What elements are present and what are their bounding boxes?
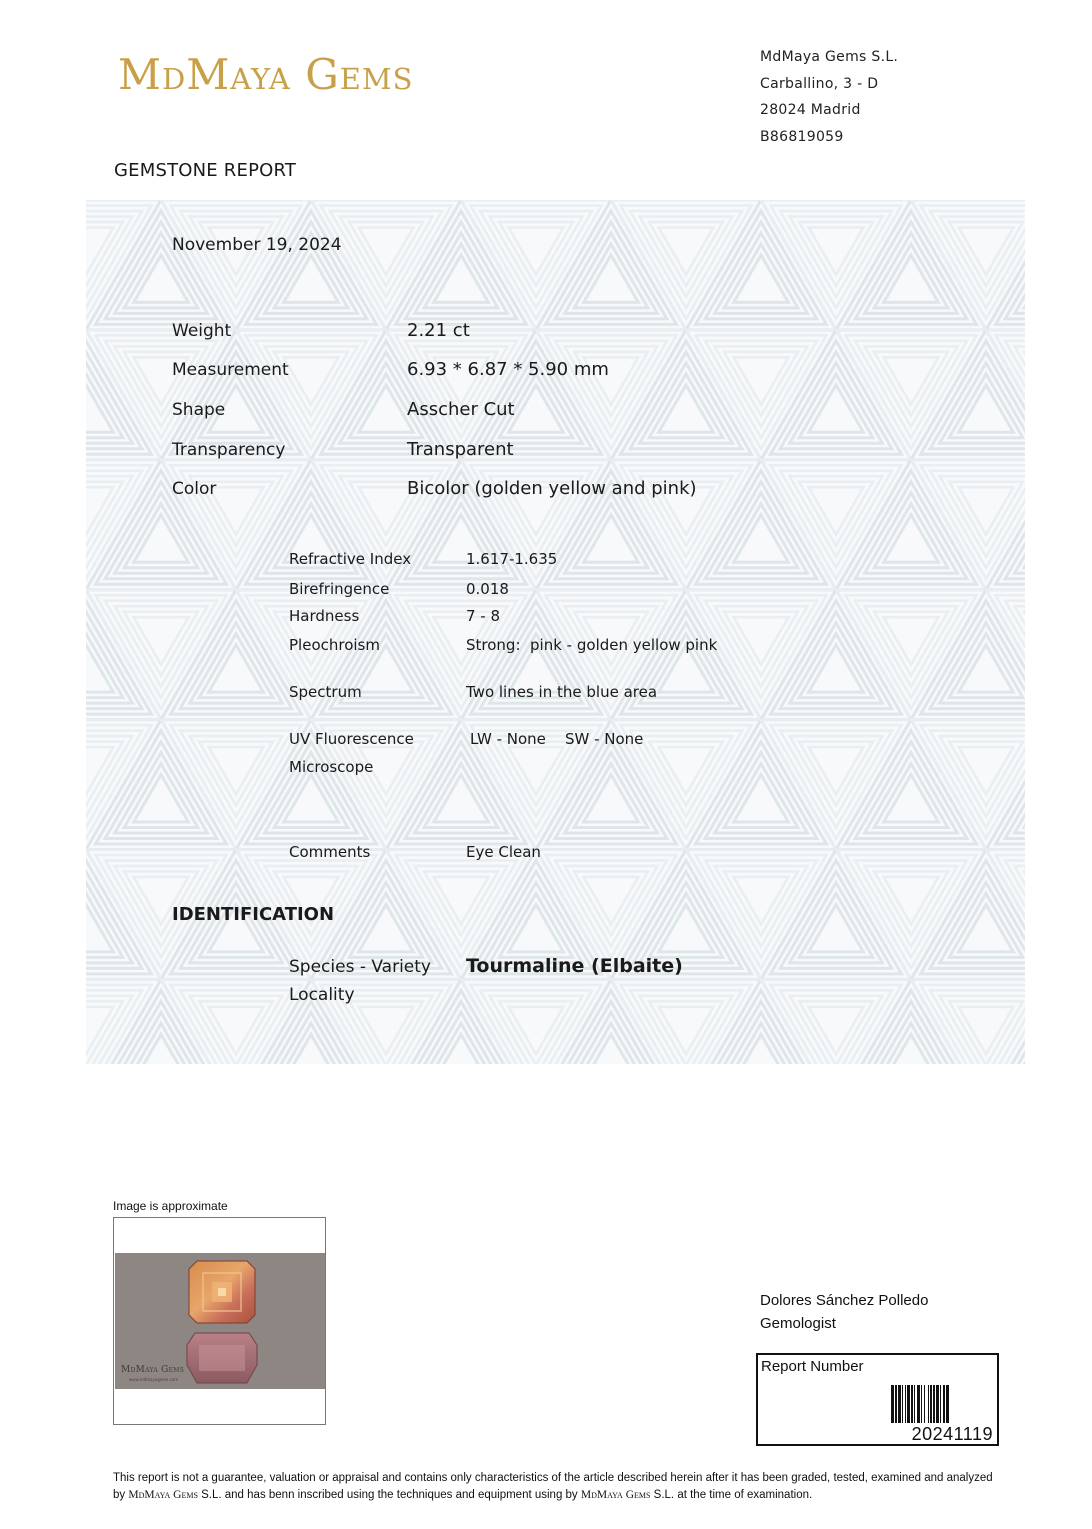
gem-property-value: 1.617-1.635 — [466, 550, 557, 568]
species-variety-value: Tourmaline (Elbaite) — [466, 955, 683, 977]
locality-label: Locality — [289, 985, 355, 1005]
disclaimer-part: S.L. and has benn inscribed using the te… — [198, 1489, 581, 1501]
property-label: Shape — [172, 400, 225, 420]
property-label: Color — [172, 479, 216, 499]
gem-photo-frame: MdMaya Gems www.mdmayagems.com — [113, 1217, 326, 1425]
report-number-value: 20241119 — [912, 1424, 993, 1445]
gem-property-value: Eye Clean — [466, 843, 541, 861]
identification-heading: IDENTIFICATION — [172, 904, 334, 925]
gem-property-label: UV Fluorescence — [289, 730, 414, 748]
disclaimer-company-name: MdMaya Gems — [581, 1489, 651, 1501]
report-number-box: Report Number 20241119 — [756, 1353, 999, 1446]
gem-property-value: 7 - 8 — [466, 607, 500, 625]
gem-property-label: Birefringence — [289, 580, 389, 598]
photo-watermark-url: www.mdmayagems.com — [129, 1377, 178, 1382]
property-label: Measurement — [172, 360, 289, 380]
property-value: 6.93 * 6.87 * 5.90 mm — [407, 359, 609, 380]
gemologist-name: Dolores Sánchez Polledo — [760, 1289, 928, 1312]
gem-property-label: Hardness — [289, 607, 359, 625]
disclaimer-part: S.L. at the time of examination. — [650, 1489, 812, 1501]
photo-watermark: MdMaya Gems — [121, 1365, 184, 1375]
property-value: 2.21 ct — [407, 320, 470, 341]
gem-property-label: Comments — [289, 843, 370, 861]
gem-property-value: Strong: pink - golden yellow pink — [466, 636, 717, 654]
image-caption: Image is approximate — [113, 1199, 228, 1213]
species-variety-label: Species - Variety — [289, 957, 431, 977]
property-label: Transparency — [172, 440, 285, 460]
disclaimer-company-name: MdMaya Gems — [128, 1489, 198, 1501]
report-number-label: Report Number — [761, 1358, 864, 1375]
property-value: Bicolor (golden yellow and pink) — [407, 478, 697, 499]
gem-property-label: Refractive Index — [289, 550, 411, 568]
report-date: November 19, 2024 — [172, 235, 342, 255]
gemologist-signature: Dolores Sánchez Polledo Gemologist — [760, 1289, 928, 1335]
gemologist-title: Gemologist — [760, 1312, 928, 1335]
gem-property-value: LW - None SW - None — [470, 730, 643, 748]
property-value: Transparent — [407, 439, 514, 460]
gem-property-value: Two lines in the blue area — [466, 683, 657, 701]
gem-property-label: Microscope — [289, 758, 373, 776]
gem-property-label: Spectrum — [289, 683, 362, 701]
property-label: Weight — [172, 321, 231, 341]
gem-property-value: 0.018 — [466, 580, 509, 598]
report-body: November 19, 2024 Weight2.21 ctMeasureme… — [0, 0, 1092, 1100]
gem-photo: MdMaya Gems www.mdmayagems.com — [115, 1253, 326, 1389]
disclaimer-text: This report is not a guarantee, valuatio… — [113, 1470, 993, 1504]
gem-property-label: Pleochroism — [289, 636, 380, 654]
property-value: Asscher Cut — [407, 399, 515, 420]
barcode-icon — [891, 1385, 995, 1423]
